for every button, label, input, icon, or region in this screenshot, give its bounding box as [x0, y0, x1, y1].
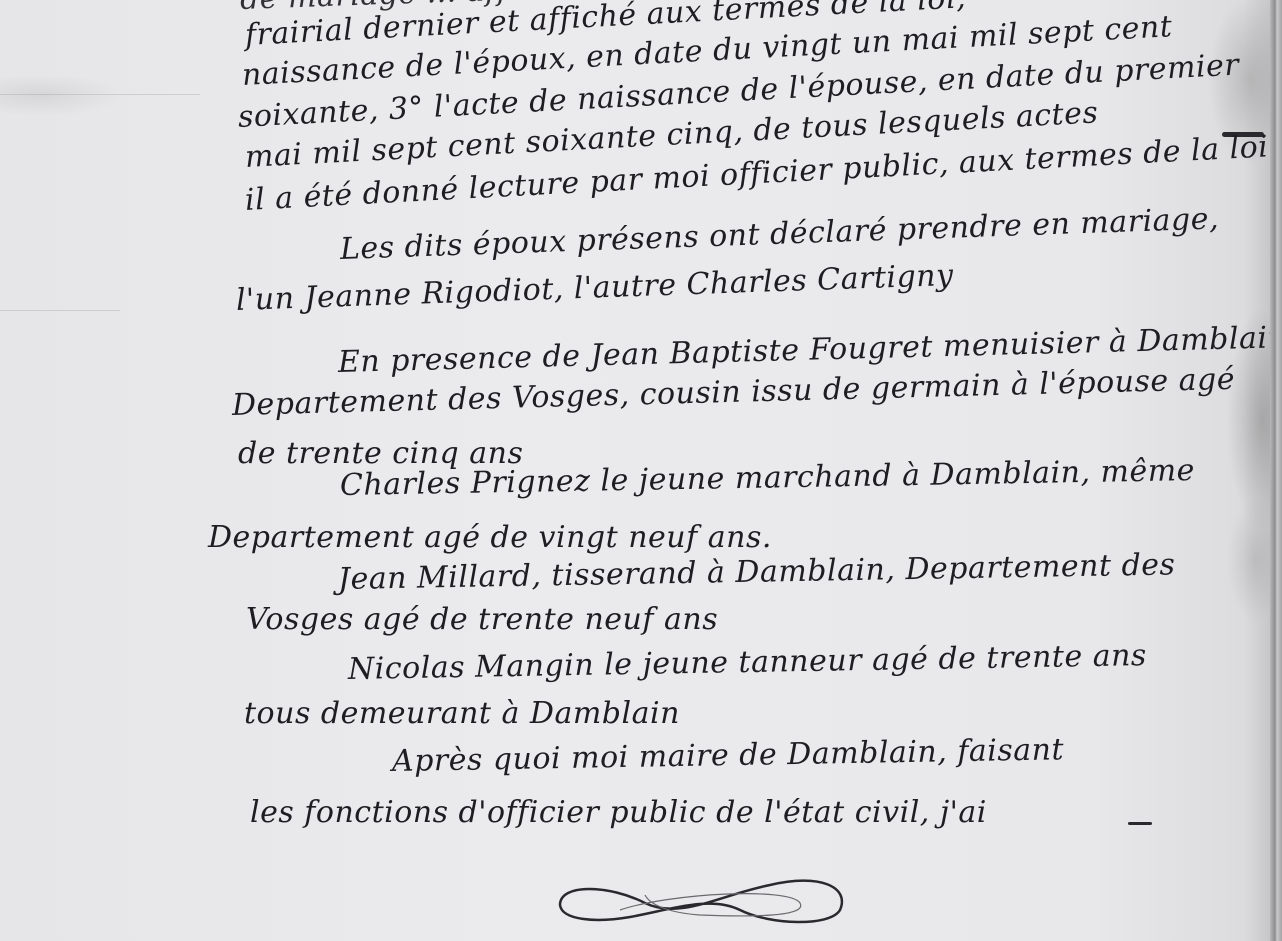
closing-flourish-icon: [550, 865, 850, 935]
handwritten-line-15: Nicolas Mangin le jeune tanneur agé de t…: [348, 638, 1147, 687]
handwritten-line-14: Vosges agé de trente neuf ans: [246, 602, 718, 637]
book-binding-edge: [1270, 0, 1282, 941]
line-fill-dash: [1128, 822, 1152, 825]
handwritten-line-6: Les dits époux présens ont déclaré prend…: [339, 201, 1219, 267]
handwritten-line-16: tous demeurant à Damblain: [244, 696, 680, 731]
scanned-document-page: de mariage ... affichée aux termes de la…: [0, 0, 1282, 941]
handwritten-line-18: les fonctions d'officier public de l'éta…: [250, 795, 987, 830]
handwritten-line-12: Departement agé de vingt neuf ans.: [208, 520, 772, 555]
bleed-through-mark: [0, 94, 200, 95]
handwritten-line-17: Après quoi moi maire de Damblain, faisan…: [392, 732, 1065, 779]
bleed-through-mark: [0, 310, 120, 311]
handwritten-line-7: l'un Jeanne Rigodiot, l'autre Charles Ca…: [235, 258, 954, 318]
